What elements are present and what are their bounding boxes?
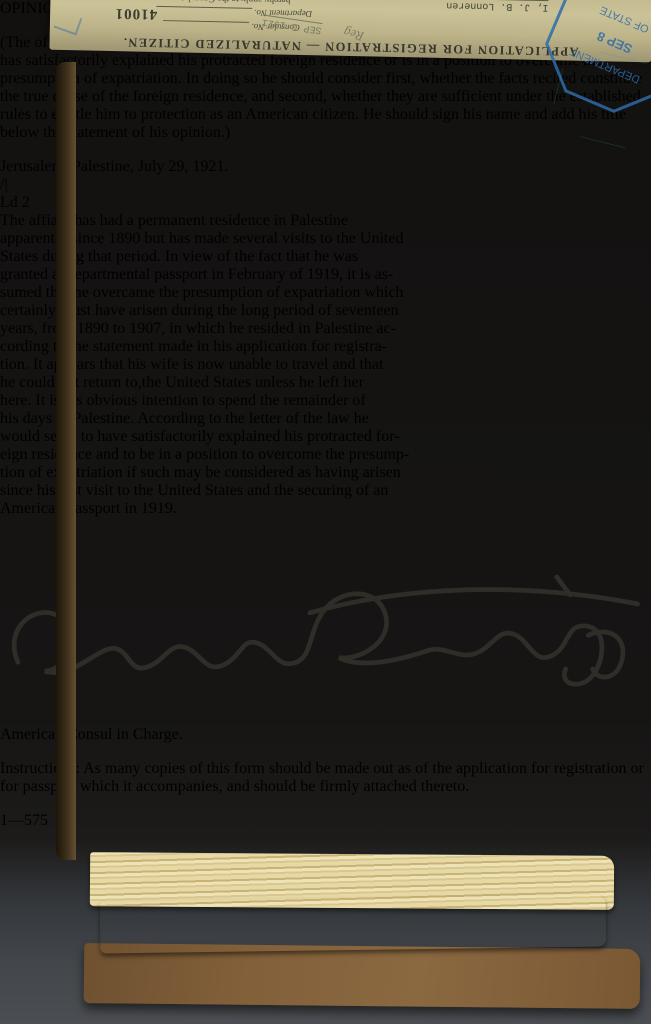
body-line: eign residence and to be in a position t…	[0, 446, 651, 464]
pencil-tick-mark: /|	[0, 176, 651, 194]
body-line: apparently since 1890 but has made sever…	[0, 230, 651, 248]
opinion-form-page: OPINION OF OFFICER TAKING AFFIDAVIT. (Th…	[0, 0, 651, 830]
body-line: his days in Palestine. According to the …	[0, 410, 651, 428]
body-line: sumed that he overcame the presumption o…	[0, 284, 651, 302]
body-line: cording to the statement made in his app…	[0, 338, 651, 356]
body-line: granted a Departmental passport in Febru…	[0, 266, 651, 284]
body-line: he could not return to,the United States…	[0, 374, 651, 392]
footer-instructions: Instructions: As many copies of this for…	[0, 760, 651, 796]
typed-dateline: Jerusalem, Palestine, July 29, 1921.	[0, 158, 651, 176]
body-line: The affiant has had a permanent residenc…	[0, 212, 651, 230]
body-line: certainly must have arisen during the lo…	[0, 302, 651, 320]
signature-title: American Consul in Charge.	[0, 726, 651, 744]
department-no-blank	[156, 6, 252, 17]
apply-line: hereby apply to the Consulate	[177, 0, 291, 5]
consul-signature	[0, 559, 651, 721]
body-line: tion of expatriation if such may be cons…	[0, 464, 651, 482]
page-stack-edge-middle	[100, 894, 607, 953]
book-cover	[84, 943, 641, 1009]
body-line: years, from 1890 to 1907, in which he re…	[0, 320, 651, 338]
body-line: here. It is his obvious intention to spe…	[0, 392, 651, 410]
body-line: since his last visit to the United State…	[0, 482, 651, 500]
footer-instructions-text: As many copies of this form should be ma…	[0, 760, 644, 795]
file-number: 41001	[114, 4, 157, 22]
body-line: tion. It appears that his wife is now un…	[0, 356, 651, 374]
typed-opinion-body: The affiant has had a permanent residenc…	[0, 212, 651, 518]
consular-no-blank	[163, 20, 249, 31]
pencil-margin-note: Ld 2	[0, 194, 651, 212]
photograph-of-archival-document: APPLICATION FOR REGISTRATION — NATURALIZ…	[0, 0, 651, 1024]
body-line: States during that period. In view of th…	[0, 248, 651, 266]
red-crayon-marks	[0, 518, 651, 559]
department-no-row: Department No.	[156, 6, 312, 19]
form-number: 1—575	[0, 812, 651, 830]
body-line: would seem to have satisfactorily explai…	[0, 428, 651, 446]
left-binding-edge	[56, 62, 76, 860]
body-line: American passport in 1919.	[0, 500, 651, 518]
applicant-name-line: I, J. B. Lonneren	[446, 0, 548, 12]
